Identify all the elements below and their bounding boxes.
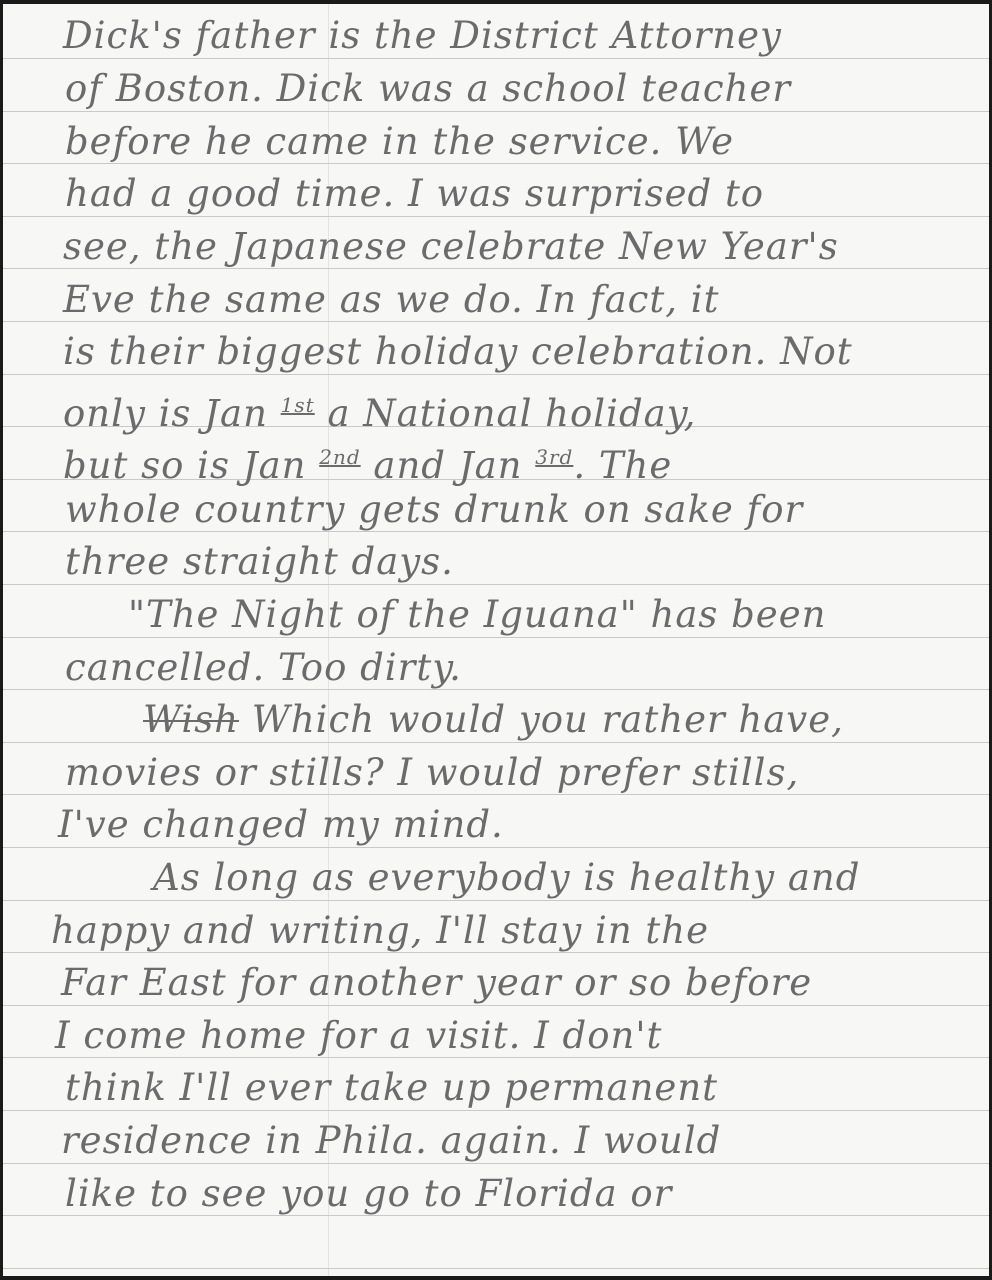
line-text: I come home for a visit. I don't: [55, 1014, 662, 1057]
text-line-10: whole country gets drunk on sake for: [65, 484, 989, 536]
line-text: residence in Phila. again. I would: [61, 1119, 721, 1162]
letter-page: Dick's father is the District Attorney o…: [3, 4, 989, 1276]
line-text: I've changed my mind.: [58, 803, 504, 846]
line-text: had a good time. I was surprised to: [65, 172, 764, 215]
line-text: think I'll ever take up permanent: [65, 1066, 718, 1109]
text-line-4: had a good time. I was surprised to: [65, 168, 989, 220]
line-text: and Jan: [361, 444, 536, 487]
text-line-23: like to see you go to Florida or: [65, 1168, 989, 1220]
line-text: As long as everybody is healthy and: [153, 856, 860, 899]
line-text: movies or stills? I would prefer stills,: [65, 751, 799, 794]
text-line-14: Wish Which would you rather have,: [143, 694, 989, 746]
superscript: 2nd: [319, 445, 360, 469]
line-text: cancelled. Too dirty.: [65, 646, 462, 689]
line-text: three straight days.: [65, 540, 454, 583]
line-text: "The Night of the Iguana" has been: [128, 593, 826, 636]
superscript: 1st: [281, 393, 315, 417]
superscript: 3rd: [535, 445, 573, 469]
struck-word: Wish: [143, 698, 239, 741]
text-line-13: cancelled. Too dirty.: [65, 642, 989, 694]
text-line-11: three straight days.: [65, 536, 989, 588]
line-text: only is Jan: [63, 392, 281, 435]
line-text: Far East for another year or so before: [61, 961, 812, 1004]
text-line-2: of Boston. Dick was a school teacher: [65, 63, 989, 115]
text-line-7: is their biggest holiday celebration. No…: [63, 326, 989, 378]
line-text: is their biggest holiday celebration. No…: [63, 330, 853, 373]
text-line-1: Dick's father is the District Attorney: [63, 10, 989, 62]
line-text: Dick's father is the District Attorney: [63, 14, 782, 57]
line-text: Eve the same as we do. In fact, it: [63, 278, 719, 321]
line-text: before he came in the service. We: [65, 120, 734, 163]
line-text: see, the Japanese celebrate New Year's: [63, 225, 839, 268]
text-line-12: "The Night of the Iguana" has been: [128, 589, 989, 641]
ruled-line: [3, 1268, 989, 1269]
text-line-19: Far East for another year or so before: [61, 957, 989, 1009]
text-line-6: Eve the same as we do. In fact, it: [63, 274, 989, 326]
line-text: Which would you rather have,: [239, 698, 844, 741]
text-line-5: see, the Japanese celebrate New Year's: [63, 221, 989, 273]
line-text: . The: [573, 444, 672, 487]
text-line-17: As long as everybody is healthy and: [153, 852, 989, 904]
line-text: but so is Jan: [63, 444, 319, 487]
text-line-15: movies or stills? I would prefer stills,: [65, 747, 989, 799]
text-line-20: I come home for a visit. I don't: [55, 1010, 989, 1062]
text-line-3: before he came in the service. We: [65, 116, 989, 168]
text-line-18: happy and writing, I'll stay in the: [51, 905, 989, 957]
text-line-22: residence in Phila. again. I would: [61, 1115, 989, 1167]
line-text: of Boston. Dick was a school teacher: [65, 67, 791, 110]
line-text: happy and writing, I'll stay in the: [51, 909, 709, 952]
line-text: like to see you go to Florida or: [65, 1172, 672, 1215]
text-line-9: but so is Jan 2nd and Jan 3rd. The: [63, 431, 989, 483]
text-line-8: only is Jan 1st a National holiday,: [63, 379, 989, 431]
text-line-21: think I'll ever take up permanent: [65, 1062, 989, 1114]
text-line-16: I've changed my mind.: [58, 799, 989, 851]
line-text: a National holiday,: [315, 392, 697, 435]
line-text: whole country gets drunk on sake for: [65, 488, 803, 531]
